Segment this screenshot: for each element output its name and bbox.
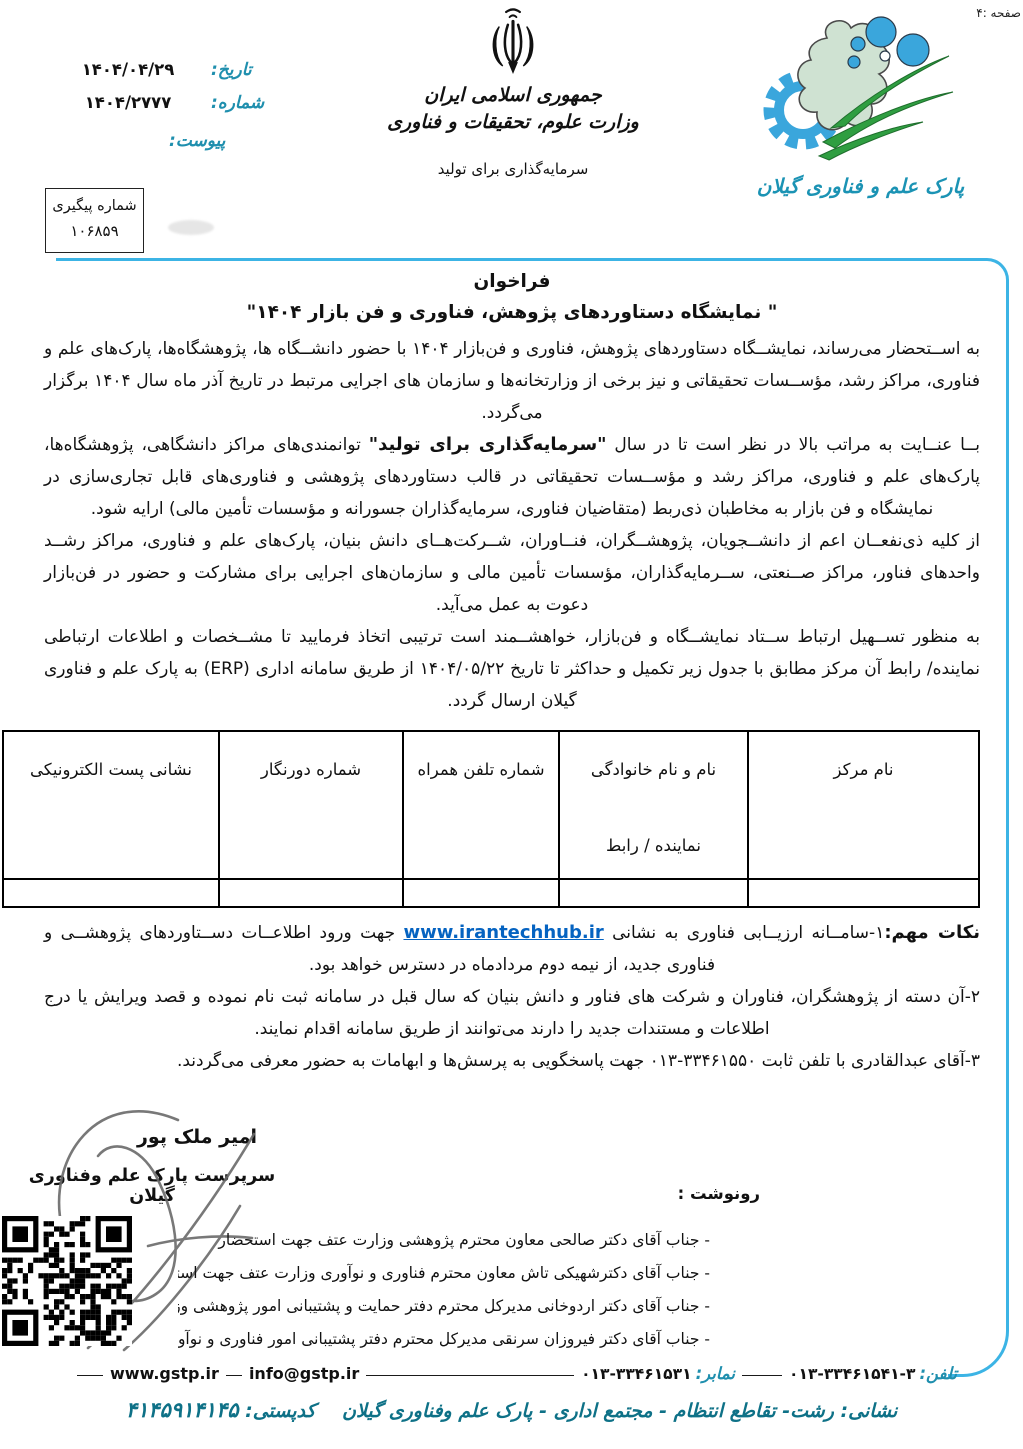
footer-contact-row: تلفن: ۰۱۳-۳۳۴۶۱۵۴۱-۳ نمابر: ۰۱۳-۳۳۴۶۱۵۳۱… <box>70 1364 957 1383</box>
cc-label: رونوشت : <box>678 1184 760 1203</box>
col-email: نشانی پست الکترونیکی <box>3 731 219 879</box>
cc-item: جناب آقای دکتر صالحی معاون محترم پژوهشی … <box>178 1224 710 1257</box>
phone-label: تلفن: <box>919 1364 957 1383</box>
letter-title: فراخوان <box>44 266 980 297</box>
paragraph-2-bold: "سرمایه‌گذاری برای تولید" <box>369 434 607 455</box>
footer-website: www.gstp.ir <box>110 1364 219 1383</box>
note-3-end: جهت پاسخگویی به پرسش‌ها و ابهامات به حضو… <box>177 1051 650 1071</box>
note-1: نکات مهم:۱-سامــانه ارزیــابی فناوری به … <box>44 917 980 981</box>
number-label: شماره: <box>211 93 269 113</box>
signer-title: سرپرست پارک علم وفناوری گیلان <box>6 1166 298 1206</box>
cc-item: جناب آقای دکتر اردوخانی مدیرکل محترم دفت… <box>178 1290 710 1323</box>
date-row: تاریخ: ۱۴۰۴/۰۴/۲۹ <box>45 60 269 80</box>
paragraph-1: به اســتحضار می‌رساند، نمایشــگاه دستاور… <box>44 333 980 429</box>
gov-line2: وزارت علوم، تحقیقات و فناوری <box>377 109 649 136</box>
empty-cell <box>748 879 979 907</box>
stamp-smudge <box>168 220 214 235</box>
col-representative-sub: نماینده / رابط <box>564 830 743 862</box>
paragraph-2: بــا عنــایت به مراتب بالا در نظر است تا… <box>44 429 980 525</box>
frame-border-bottom-curve <box>948 1274 1009 1377</box>
address-value: رشت- تقاطع انتظام - مجتمع اداری - پارک ع… <box>342 1400 834 1422</box>
tracking-label: شماره پیگیری <box>46 194 143 219</box>
signer-name: امیر ملک پور <box>112 1126 282 1148</box>
paragraph-2-start: بــا عنــایت به مراتب بالا در نظر است تا… <box>607 435 980 455</box>
letter-page: صفحه :۴ تاریخ: ۱۴۰۴/۰۴/۲۹ شماره: ۱۴۰۴/۲۷… <box>0 0 1023 1449</box>
col-mobile: شماره تلفن همراه <box>403 731 559 879</box>
date-label: تاریخ: <box>211 60 269 80</box>
footer-email: info@gstp.ir <box>249 1364 359 1383</box>
postal-value: ۴۱۴۵۹۱۴۱۴۵ <box>126 1398 239 1422</box>
footer-address-row: نشانی: رشت- تقاطع انتظام - مجتمع اداری -… <box>0 1398 1023 1422</box>
page-number: صفحه :۴ <box>976 6 1021 20</box>
cc-list: جناب آقای دکتر صالحی معاون محترم پژوهشی … <box>178 1224 710 1356</box>
empty-cell <box>219 879 403 907</box>
table-empty-row <box>3 879 979 907</box>
note-2: ۲-آن دسته از پژوهشگران، فناوران و شرکت ه… <box>44 981 980 1045</box>
paragraph-4: به منظور تســهیل ارتباط ســتاد نمایشــگا… <box>44 621 980 717</box>
cc-item: جناب آقای دکتر فیروزان سرنقی مدیرکل محتر… <box>178 1323 710 1356</box>
qr-code <box>2 1216 132 1346</box>
letter-body: فراخوان " نمایشگاه دستاوردهای پژوهش، فنا… <box>44 266 980 1077</box>
notes-label: نکات مهم: <box>884 922 980 943</box>
empty-cell <box>559 879 748 907</box>
note-3-start: ۳-آقای عبدالقادری با تلفن ثابت <box>756 1051 980 1071</box>
note-3: ۳-آقای عبدالقادری با تلفن ثابت ۰۱۳-۳۳۴۶۱… <box>44 1045 980 1077</box>
note-1-start: ۱-سامــانه ارزیــابی فناوری به نشانی <box>604 923 885 943</box>
letter-subtitle: " نمایشگاه دستاوردهای پژوهش، فناوری و فن… <box>44 297 980 328</box>
postal-label: کدپستی: <box>245 1400 315 1422</box>
note-3-phone: ۰۱۳-۳۳۴۶۱۵۵۰ <box>650 1051 757 1071</box>
irantechhub-link[interactable]: www.irantechhub.ir <box>403 922 603 943</box>
iran-emblem-icon <box>484 6 542 78</box>
col-fax: شماره دورنگار <box>219 731 403 879</box>
attachment-label: پیوست: <box>169 131 269 151</box>
col-representative-name: نام و نام خانوادگی نماینده / رابط <box>559 731 748 879</box>
park-brand: پارک علم و فناوری گیلان <box>753 10 968 198</box>
address-label: نشانی: <box>841 1400 898 1422</box>
park-logo-icon <box>761 10 961 162</box>
number-row: شماره: ۱۴۰۴/۲۷۷۷ <box>45 93 269 113</box>
header-slogan: سرمایه‌گذاری برای تولید <box>377 160 649 178</box>
cc-item: جناب آقای دکترشهیکی تاش معاون محترم فناو… <box>178 1257 710 1290</box>
gov-line1: جمهوری اسلامی ایران <box>377 82 649 109</box>
footer-divider-line <box>742 1375 782 1376</box>
government-header: جمهوری اسلامی ایران وزارت علوم، تحقیقات … <box>377 6 649 178</box>
footer-divider-line <box>226 1375 242 1376</box>
fax-value: ۰۱۳-۳۳۴۶۱۵۳۱ <box>581 1365 692 1383</box>
footer-divider-line <box>77 1375 103 1376</box>
date-value: ۱۴۰۴/۰۴/۲۹ <box>45 60 211 79</box>
paragraph-3: از کلیه ذی‌نفعــان اعم از دانشــجویان، پ… <box>44 525 980 621</box>
table-header-row: نام مرکز نام و نام خانوادگی نماینده / را… <box>3 731 979 879</box>
attachment-row: پیوست: <box>45 131 269 151</box>
letter-meta: تاریخ: ۱۴۰۴/۰۴/۲۹ شماره: ۱۴۰۴/۲۷۷۷ پیوست… <box>45 60 269 164</box>
empty-cell <box>3 879 219 907</box>
footer-divider-line <box>366 1375 574 1376</box>
empty-cell <box>403 879 559 907</box>
col-center-name: نام مرکز <box>748 731 979 879</box>
tracking-number-box: شماره پیگیری ۱۰۶۸۵۹ <box>45 188 144 253</box>
contact-table: نام مرکز نام و نام خانوادگی نماینده / را… <box>2 730 980 908</box>
number-value: ۱۴۰۴/۲۷۷۷ <box>45 93 211 112</box>
fax-label: نمابر: <box>696 1364 735 1383</box>
tracking-value: ۱۰۶۸۵۹ <box>46 219 143 244</box>
org-name: پارک علم و فناوری گیلان <box>753 174 968 198</box>
phone-value: ۰۱۳-۳۳۴۶۱۵۴۱-۳ <box>789 1365 915 1383</box>
